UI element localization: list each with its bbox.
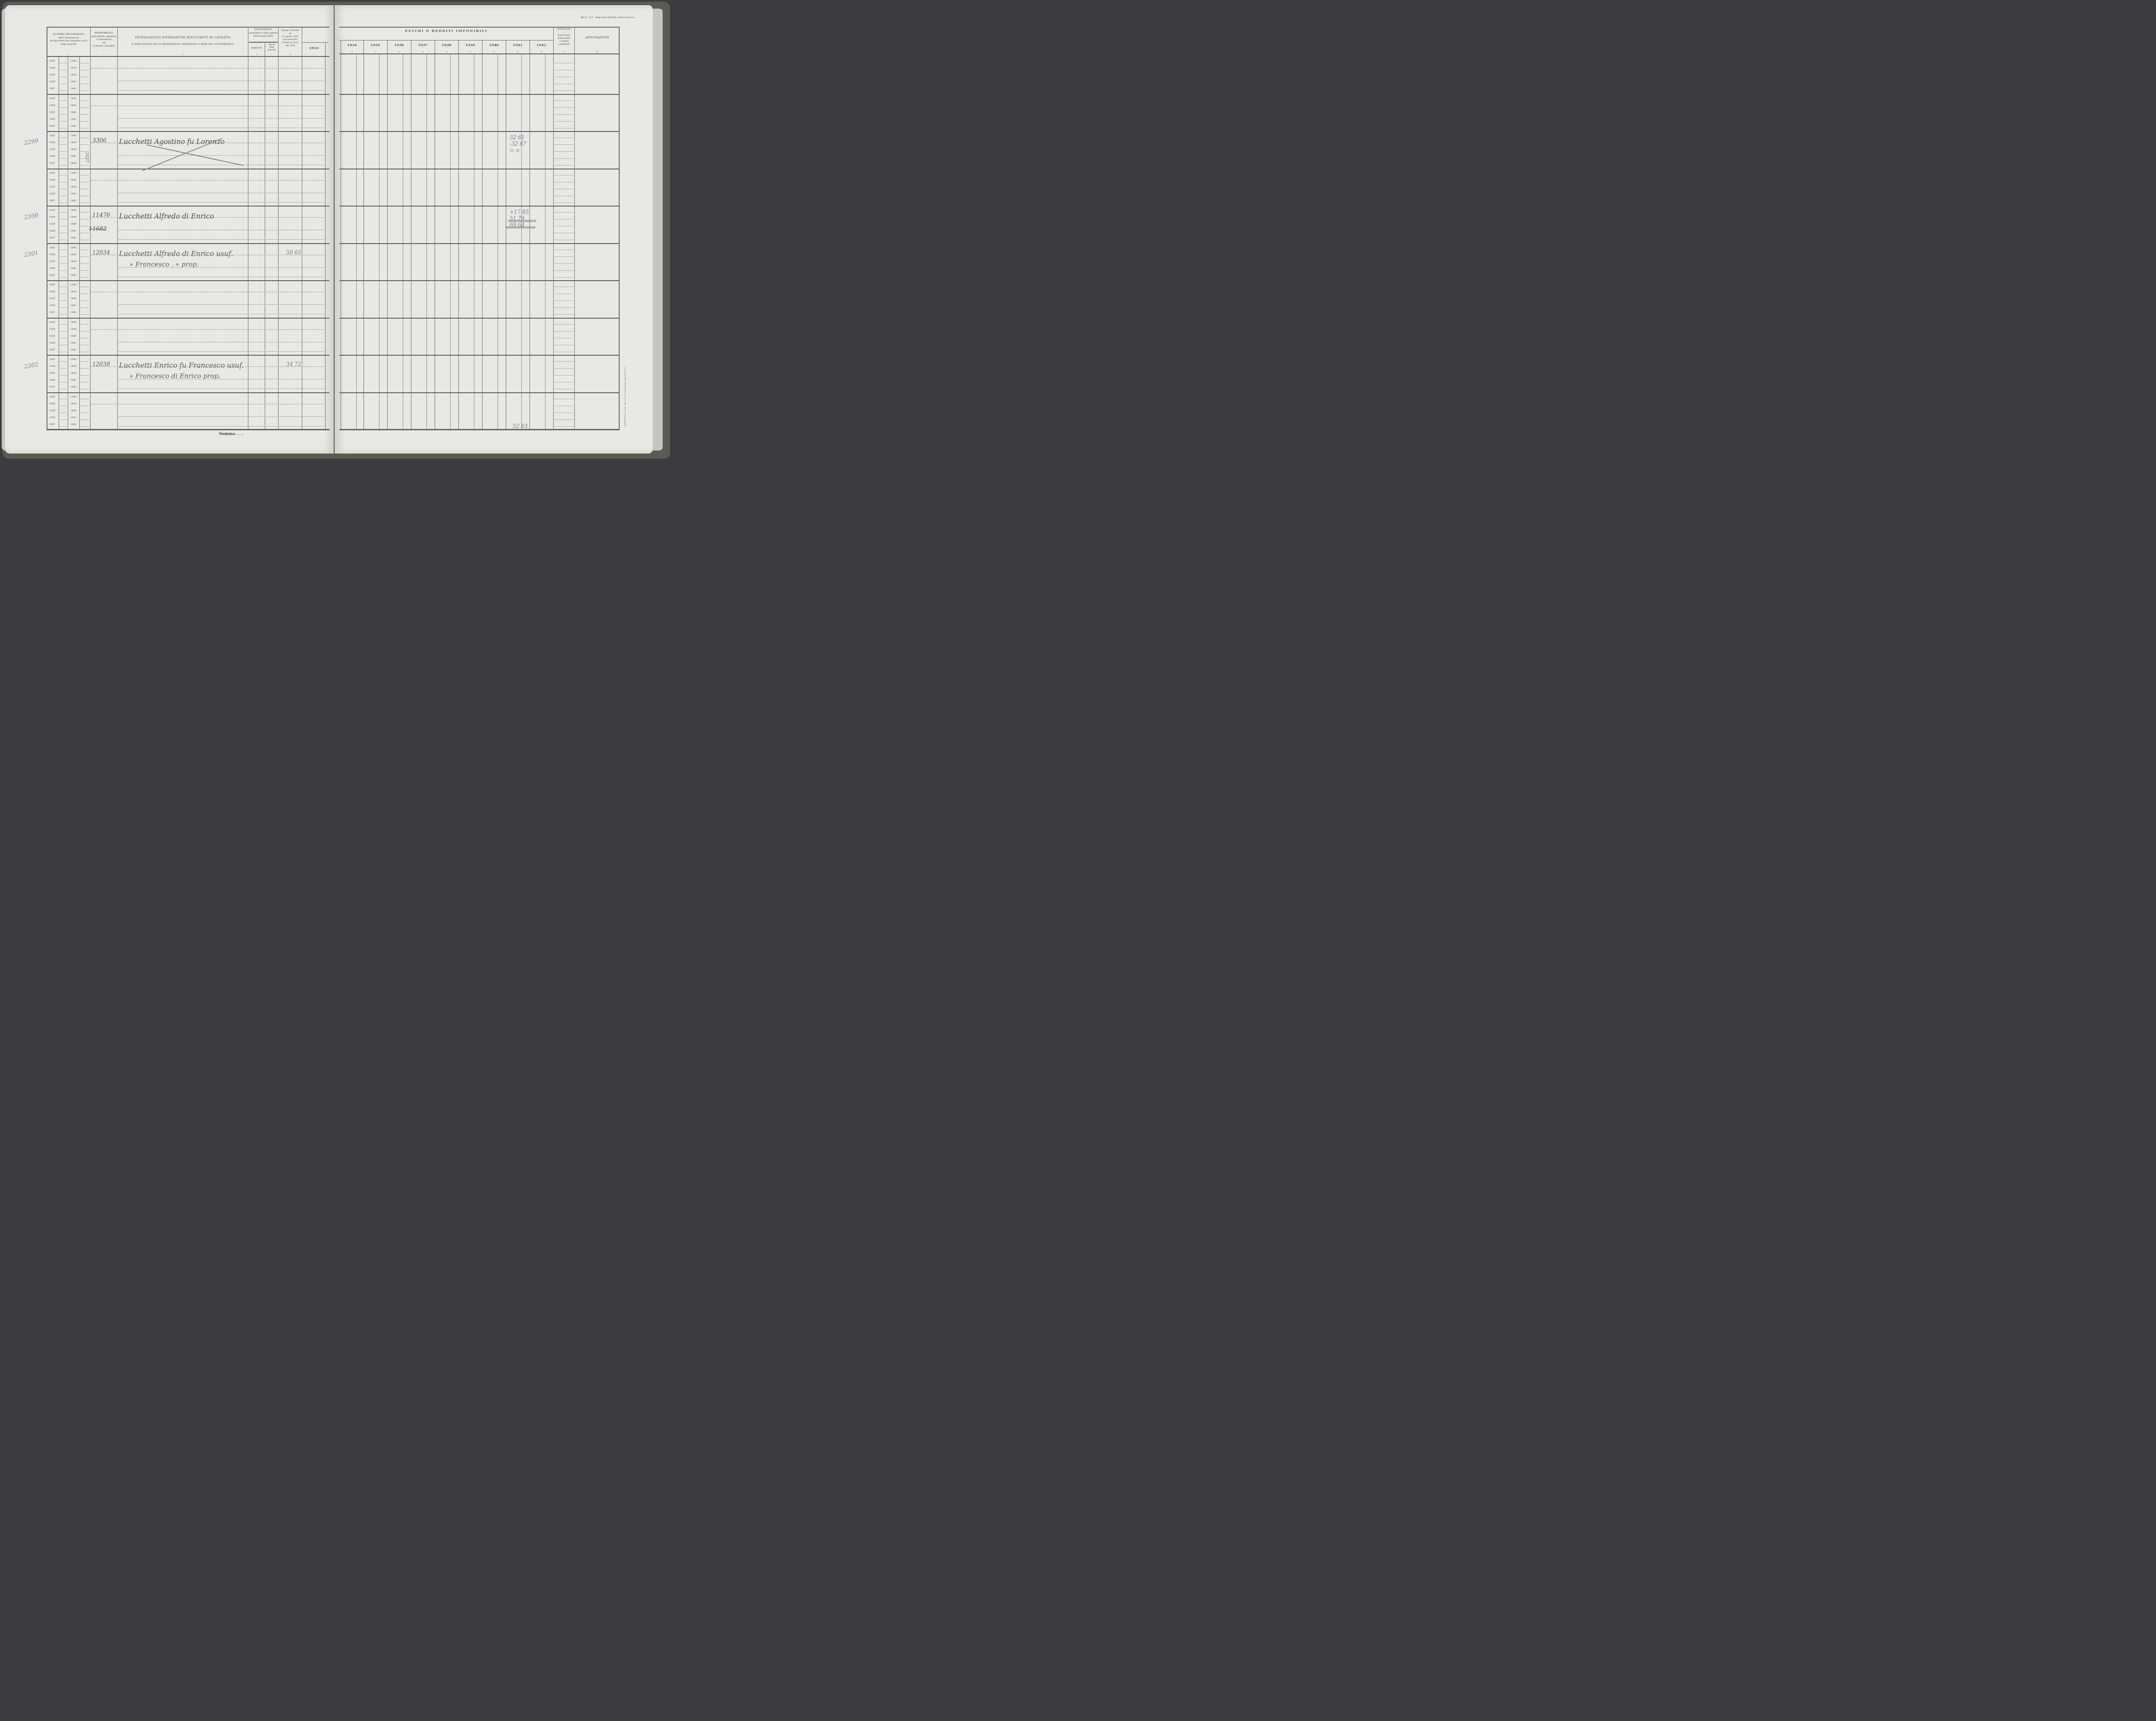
- esenzioni-dotline: [555, 331, 573, 332]
- entry-dotline: [279, 217, 301, 218]
- entry-dotline: [279, 81, 301, 81]
- year-dotline: [60, 165, 67, 166]
- year-label: 1936: [49, 416, 55, 419]
- year-dotline: [80, 189, 89, 189]
- year-label: 1935: [49, 186, 55, 188]
- year-label: 1934: [49, 216, 55, 219]
- year-dotline: [60, 300, 67, 301]
- year-label: 1933: [49, 358, 55, 361]
- entry-dotline: [303, 277, 324, 277]
- entry-dotline: [249, 277, 264, 277]
- year-label: 1941: [70, 267, 76, 270]
- year-col-number: 11: [411, 50, 435, 53]
- entry-dotline: [266, 329, 277, 330]
- esenzioni-dotline: [555, 77, 573, 77]
- year-label: 1940: [70, 335, 76, 338]
- esenzioni-dotline: [555, 382, 573, 382]
- entry-dotline: [303, 342, 324, 342]
- entry-separator-right: [339, 206, 620, 207]
- esenzioni-dotline: [555, 368, 573, 369]
- esenzioni-dotline: [555, 196, 573, 196]
- year-col-sep: [530, 41, 530, 430]
- entry-dotline: [249, 180, 264, 181]
- entry-dotline: [303, 180, 324, 181]
- year-dotline: [60, 196, 67, 196]
- year-label: 1940: [70, 410, 76, 412]
- esenzioni-header: ESENZIONI—Ammontaredegli estimio redditi…: [554, 28, 574, 46]
- entry-separator: [47, 131, 329, 132]
- entry-separator: [47, 355, 329, 356]
- year-dotline: [60, 331, 67, 332]
- year-col-number: 10: [387, 50, 411, 53]
- year-label: 1942: [70, 125, 76, 128]
- entry-separator-right: [339, 169, 620, 169]
- year-label: 1933: [49, 97, 55, 100]
- entry-separator: [47, 429, 329, 430]
- page-edges-right: [652, 9, 663, 451]
- year-dotline: [80, 270, 89, 271]
- entry-dotline: [249, 304, 264, 305]
- entry-dotline: [279, 277, 301, 277]
- entry-dotline: [249, 366, 264, 367]
- year-dotline: [60, 63, 67, 63]
- year-sep: [68, 206, 68, 243]
- entry-dotline: [249, 193, 264, 193]
- entry-dotline: [91, 68, 116, 69]
- cents-sep: [426, 54, 427, 430]
- year-label: 1938: [70, 284, 76, 286]
- year-dotline: [60, 128, 67, 128]
- col7-header-1933: 1933: [302, 47, 326, 50]
- esenzioni-dotline: [555, 107, 573, 108]
- year-dotline: [80, 175, 89, 175]
- year-dotline: [80, 345, 89, 345]
- year-label: 1935: [49, 335, 55, 338]
- year-label: 1933: [49, 209, 55, 212]
- year-label: 1942: [70, 88, 76, 90]
- entry-dotline: [303, 267, 324, 268]
- year-dotline: [80, 419, 89, 420]
- entry-dotline: [249, 155, 264, 156]
- year-dotline: [80, 352, 89, 352]
- year-dotline: [80, 165, 89, 166]
- partita-number: 12038: [92, 361, 110, 368]
- entry-dotline: [266, 255, 277, 255]
- year-sep: [79, 318, 80, 355]
- year-label: 1940: [70, 260, 76, 263]
- esenzioni-dotline: [555, 399, 573, 399]
- year-sep: [59, 206, 59, 243]
- year-dotline: [60, 406, 67, 406]
- year-label: 1938: [70, 97, 76, 100]
- year-dotline: [60, 257, 67, 257]
- pencil-smudge: [505, 226, 536, 228]
- col6-header: Estimi o Redditial31 agosto 1931che serv…: [279, 29, 302, 47]
- entry-dotline: [303, 143, 324, 143]
- year-dotline: [60, 158, 67, 159]
- year-col-sep: [364, 41, 364, 430]
- partita-number: 3306: [92, 138, 107, 144]
- entry-dotline: [303, 329, 324, 330]
- year-dotline: [60, 314, 67, 315]
- entry-separator-right: [339, 94, 620, 95]
- year-label: 1939: [70, 253, 76, 256]
- entry-dotline: [266, 314, 277, 314]
- year-dotline: [80, 307, 89, 308]
- col3-number: 3: [118, 53, 248, 56]
- year-label: 1940: [70, 223, 76, 225]
- year-label: 1942: [70, 311, 76, 314]
- year-dotline: [60, 287, 67, 287]
- entry-dotline: [266, 128, 277, 128]
- entry-dotline: [303, 314, 324, 314]
- year-label: 1937: [49, 423, 55, 426]
- year-label: 1940: [70, 186, 76, 188]
- year-label: 1934: [49, 104, 55, 107]
- entry-dotline: [91, 329, 116, 330]
- entry-dotline: [303, 90, 324, 91]
- entry-dotline: [266, 416, 277, 417]
- entry-dotline: [117, 230, 248, 230]
- year-sep: [79, 169, 80, 206]
- year-col-sep: [387, 41, 388, 430]
- year-label: 1933: [49, 321, 55, 324]
- year-dotline: [80, 389, 89, 389]
- year-dotline: [60, 294, 67, 294]
- year-dotline: [80, 70, 89, 70]
- year-label: 1939: [70, 179, 76, 181]
- year-dotline: [60, 419, 67, 420]
- year-header-1939: 1939: [458, 44, 482, 47]
- year-sep: [68, 56, 68, 94]
- entry-dotline: [279, 329, 301, 330]
- entry-dotline: [266, 180, 277, 181]
- entry-separator-right: [339, 280, 620, 281]
- year-dotline: [60, 413, 67, 413]
- entry-dotline: [249, 143, 264, 143]
- esenzioni-dotline: [555, 138, 573, 138]
- year-sep: [79, 355, 80, 392]
- year-label: 1939: [70, 328, 76, 331]
- estimo-1941-value: = =: [510, 147, 520, 153]
- entry-separator: [47, 94, 329, 95]
- year-dotline: [80, 257, 89, 257]
- year-dotline: [80, 294, 89, 294]
- year-dotline: [80, 77, 89, 77]
- col-sep-2-3: [117, 28, 118, 430]
- cents-sep: [356, 54, 357, 430]
- year-dotline: [80, 128, 89, 128]
- year-label: 1938: [70, 396, 76, 398]
- entry-dotline: [303, 426, 324, 426]
- year-dotline: [80, 277, 89, 278]
- year-label: 1938: [70, 247, 76, 249]
- entry-dotline: [303, 165, 324, 165]
- entry-dotline: [279, 314, 301, 314]
- esenzioni-dotline: [555, 300, 573, 301]
- year-dotline: [80, 314, 89, 315]
- year-dotline: [80, 300, 89, 301]
- right-header-bottom-rule: [339, 53, 620, 54]
- year-sep: [79, 94, 80, 131]
- year-label: 1941: [70, 193, 76, 195]
- year-dotline: [80, 84, 89, 84]
- year-dotline: [60, 107, 67, 108]
- year-dotline: [60, 240, 67, 240]
- year-label: 1941: [70, 379, 76, 382]
- year-header-1936: 1936: [387, 44, 411, 47]
- sum-label: Somma . . .: [219, 432, 243, 436]
- entry-dotline: [279, 155, 301, 156]
- year-dotline: [60, 91, 67, 91]
- entry-dotline: [266, 277, 277, 277]
- entry-dotline: [249, 68, 264, 69]
- year-dotline: [80, 212, 89, 213]
- esenzioni-dotline: [555, 314, 573, 315]
- year-label: 1938: [70, 172, 76, 175]
- entry-dotline: [266, 106, 277, 106]
- entry-dotline: [279, 342, 301, 342]
- year-label: 1933: [49, 60, 55, 63]
- entry-separator-right: [339, 243, 620, 244]
- year-label: 1936: [49, 267, 55, 270]
- col3-subtitle: E INDICAZIONE DELLA PROFESSIONE, RESIDEN…: [118, 43, 248, 47]
- year-header-1937: 1937: [411, 44, 435, 47]
- year-label: 1940: [70, 372, 76, 375]
- year-label: 1936: [49, 155, 55, 158]
- riferimenti-subrule: [249, 42, 278, 43]
- year-dotline: [60, 151, 67, 152]
- esenzioni-dotline: [555, 419, 573, 420]
- year-label: 1933: [49, 284, 55, 286]
- entry-dotline: [266, 304, 277, 305]
- esenzioni-dotline: [555, 63, 573, 63]
- year-header-1942: 1942: [530, 44, 553, 47]
- cents-sep: [521, 54, 522, 430]
- entry-dotline: [279, 379, 301, 379]
- entry-separator: [47, 169, 329, 169]
- col-sep-4-5: [265, 43, 265, 430]
- year-sep: [59, 318, 59, 355]
- year-dotline: [80, 331, 89, 332]
- entry-dotline: [91, 106, 116, 106]
- year-dotline: [80, 413, 89, 413]
- year-label: 1936: [49, 304, 55, 307]
- esenzioni-dotline: [555, 263, 573, 264]
- entry-separator: [47, 206, 329, 207]
- year-label: 1940: [70, 297, 76, 300]
- entry-dotline: [91, 404, 116, 404]
- estimo-1941-value: 32 61: [510, 135, 524, 141]
- entry-dotline: [303, 292, 324, 292]
- entry-dotline: [303, 366, 324, 367]
- year-sep: [79, 56, 80, 94]
- entry-dotline: [91, 292, 116, 292]
- col7-number: 7: [302, 53, 326, 56]
- year-label: 1940: [70, 74, 76, 76]
- year-dotline: [80, 361, 89, 362]
- entry-dotline: [303, 230, 324, 230]
- year-label: 1937: [49, 162, 55, 165]
- entry-dotline: [279, 106, 301, 106]
- esenzioni-dotline: [555, 352, 573, 352]
- entry-dotline: [279, 292, 301, 292]
- entry-dotline: [117, 118, 248, 119]
- entry-dotline: [249, 165, 264, 165]
- col5-header: SpeciedellaImposta: [265, 44, 278, 52]
- col1-header: NUMERO PROGRESSIVOdelle intestazionida r…: [47, 33, 90, 46]
- entry-dotline: [117, 351, 248, 352]
- year-dotline: [80, 426, 89, 427]
- year-label: 1937: [49, 237, 55, 239]
- year-col-sep: [506, 41, 506, 430]
- entry-separator-right: [339, 318, 620, 319]
- entry-dotline: [249, 342, 264, 342]
- form-model-label: Mod. 111 - Imposte Dirette (Intercalare)…: [581, 16, 635, 19]
- year-header-1941: 1941: [506, 44, 530, 47]
- estimo-1931-value: 34 72: [286, 361, 301, 367]
- year-col-number: 8: [341, 50, 364, 53]
- entry-dotline: [266, 81, 277, 81]
- year-dotline: [60, 189, 67, 189]
- year-dotline: [80, 406, 89, 406]
- year-col-number: 12: [435, 50, 458, 53]
- entry-dotline: [249, 128, 264, 128]
- entry-dotline: [279, 165, 301, 165]
- esenzioni-dotline: [555, 324, 573, 325]
- col2-number: 2: [91, 53, 117, 56]
- year-label: 1937: [49, 349, 55, 351]
- entry-dotline: [266, 165, 277, 165]
- year-dotline: [60, 114, 67, 115]
- esenzioni-dotline: [555, 175, 573, 175]
- col7-subrule: [303, 42, 329, 43]
- entry-dotline: [279, 128, 301, 128]
- year-sep: [59, 131, 59, 169]
- year-label: 1934: [49, 179, 55, 181]
- entry-dotline: [249, 426, 264, 426]
- entry-dotline: [249, 239, 264, 240]
- owner-name: Lucchetti Alfredo di Enrico usuf.: [119, 250, 233, 258]
- year-dotline: [60, 270, 67, 271]
- year-dotline: [80, 144, 89, 145]
- entry-dotline: [117, 404, 248, 404]
- cents-sep: [474, 54, 474, 430]
- header-bottom-rule: [47, 56, 329, 57]
- year-sep: [68, 392, 68, 430]
- entry-dotline: [279, 68, 301, 69]
- esenzioni-dotline: [555, 406, 573, 406]
- esenzioni-dotline: [555, 287, 573, 287]
- year-dotline: [80, 250, 89, 250]
- year-label: 1938: [70, 321, 76, 324]
- year-label: 1942: [70, 386, 76, 388]
- year-label: 1938: [70, 209, 76, 212]
- esenzioni-dotline: [555, 219, 573, 219]
- year-label: 1937: [49, 125, 55, 128]
- entry-dotline: [266, 193, 277, 193]
- year-dotline: [60, 233, 67, 233]
- year-label: 1936: [49, 342, 55, 344]
- entry-dotline: [266, 292, 277, 292]
- col6-number: 6: [279, 53, 302, 56]
- year-dotline: [80, 233, 89, 233]
- year-label: 1935: [49, 372, 55, 375]
- owner-name: Lucchetti Alfredo di Enrico: [119, 212, 214, 220]
- year-label: 1942: [70, 274, 76, 277]
- year-label: 1937: [49, 274, 55, 277]
- entry-dotline: [117, 202, 248, 203]
- entry-dotline: [117, 426, 248, 426]
- esenzioni-dotline: [555, 240, 573, 240]
- col4-header: PARTITE: [248, 47, 265, 50]
- entry-dotline: [266, 68, 277, 69]
- entry-dotline: [249, 81, 264, 81]
- entry-dotline: [249, 388, 264, 389]
- partita-old-number: 11682: [89, 226, 107, 232]
- sum-1941-value: 32 61: [512, 423, 528, 430]
- year-sep: [68, 280, 68, 318]
- year-label: 1934: [49, 328, 55, 331]
- estimo-1931-value: 50 65: [286, 250, 301, 256]
- entry-dotline: [303, 379, 324, 379]
- entry-dotline: [117, 388, 248, 389]
- year-label: 1942: [70, 162, 76, 165]
- year-sep: [59, 280, 59, 318]
- entry-dotline: [279, 90, 301, 91]
- entry-dotline: [279, 426, 301, 426]
- year-label: 1937: [49, 200, 55, 202]
- entry-dotline: [279, 118, 301, 119]
- year-label: 1933: [49, 172, 55, 175]
- entry-dotline: [249, 314, 264, 314]
- esenzioni-dotline: [555, 84, 573, 84]
- year-dotline: [80, 368, 89, 369]
- entry-dotline: [303, 106, 324, 106]
- esenzioni-dotline: [555, 128, 573, 128]
- year-dotline: [80, 151, 89, 152]
- entry-separator-right: [339, 131, 620, 132]
- year-label: 1936: [49, 379, 55, 382]
- entry-dotline: [249, 379, 264, 379]
- year-label: 1942: [70, 200, 76, 202]
- esenzioni-dotline: [555, 375, 573, 375]
- year-label: 1935: [49, 148, 55, 151]
- year-label: 1939: [70, 67, 76, 69]
- year-dotline: [60, 277, 67, 278]
- esenzioni-dotline: [555, 165, 573, 166]
- entry-separator-right: [339, 429, 620, 430]
- entry-dotline: [249, 217, 264, 218]
- year-sep: [68, 131, 68, 169]
- entry-dotline: [249, 416, 264, 417]
- year-col-number: 15: [506, 50, 530, 53]
- year-label: 1940: [70, 111, 76, 114]
- esenzioni-dotline: [555, 158, 573, 159]
- year-label: 1935: [49, 260, 55, 263]
- year-sep: [59, 243, 59, 281]
- year-label: 1939: [70, 141, 76, 144]
- year-dotline: [60, 345, 67, 345]
- printer-note: (4108581) Roma, 1931 - Anno X - Istituto…: [624, 367, 626, 427]
- year-dotline: [60, 375, 67, 375]
- year-sep: [79, 206, 80, 243]
- entry-dotline: [279, 230, 301, 230]
- estimi-title: ESTIMI O REDDITI IMPONIBILI: [339, 29, 553, 33]
- year-sep: [68, 169, 68, 206]
- year-dotline: [60, 212, 67, 213]
- entry-dotline: [266, 342, 277, 342]
